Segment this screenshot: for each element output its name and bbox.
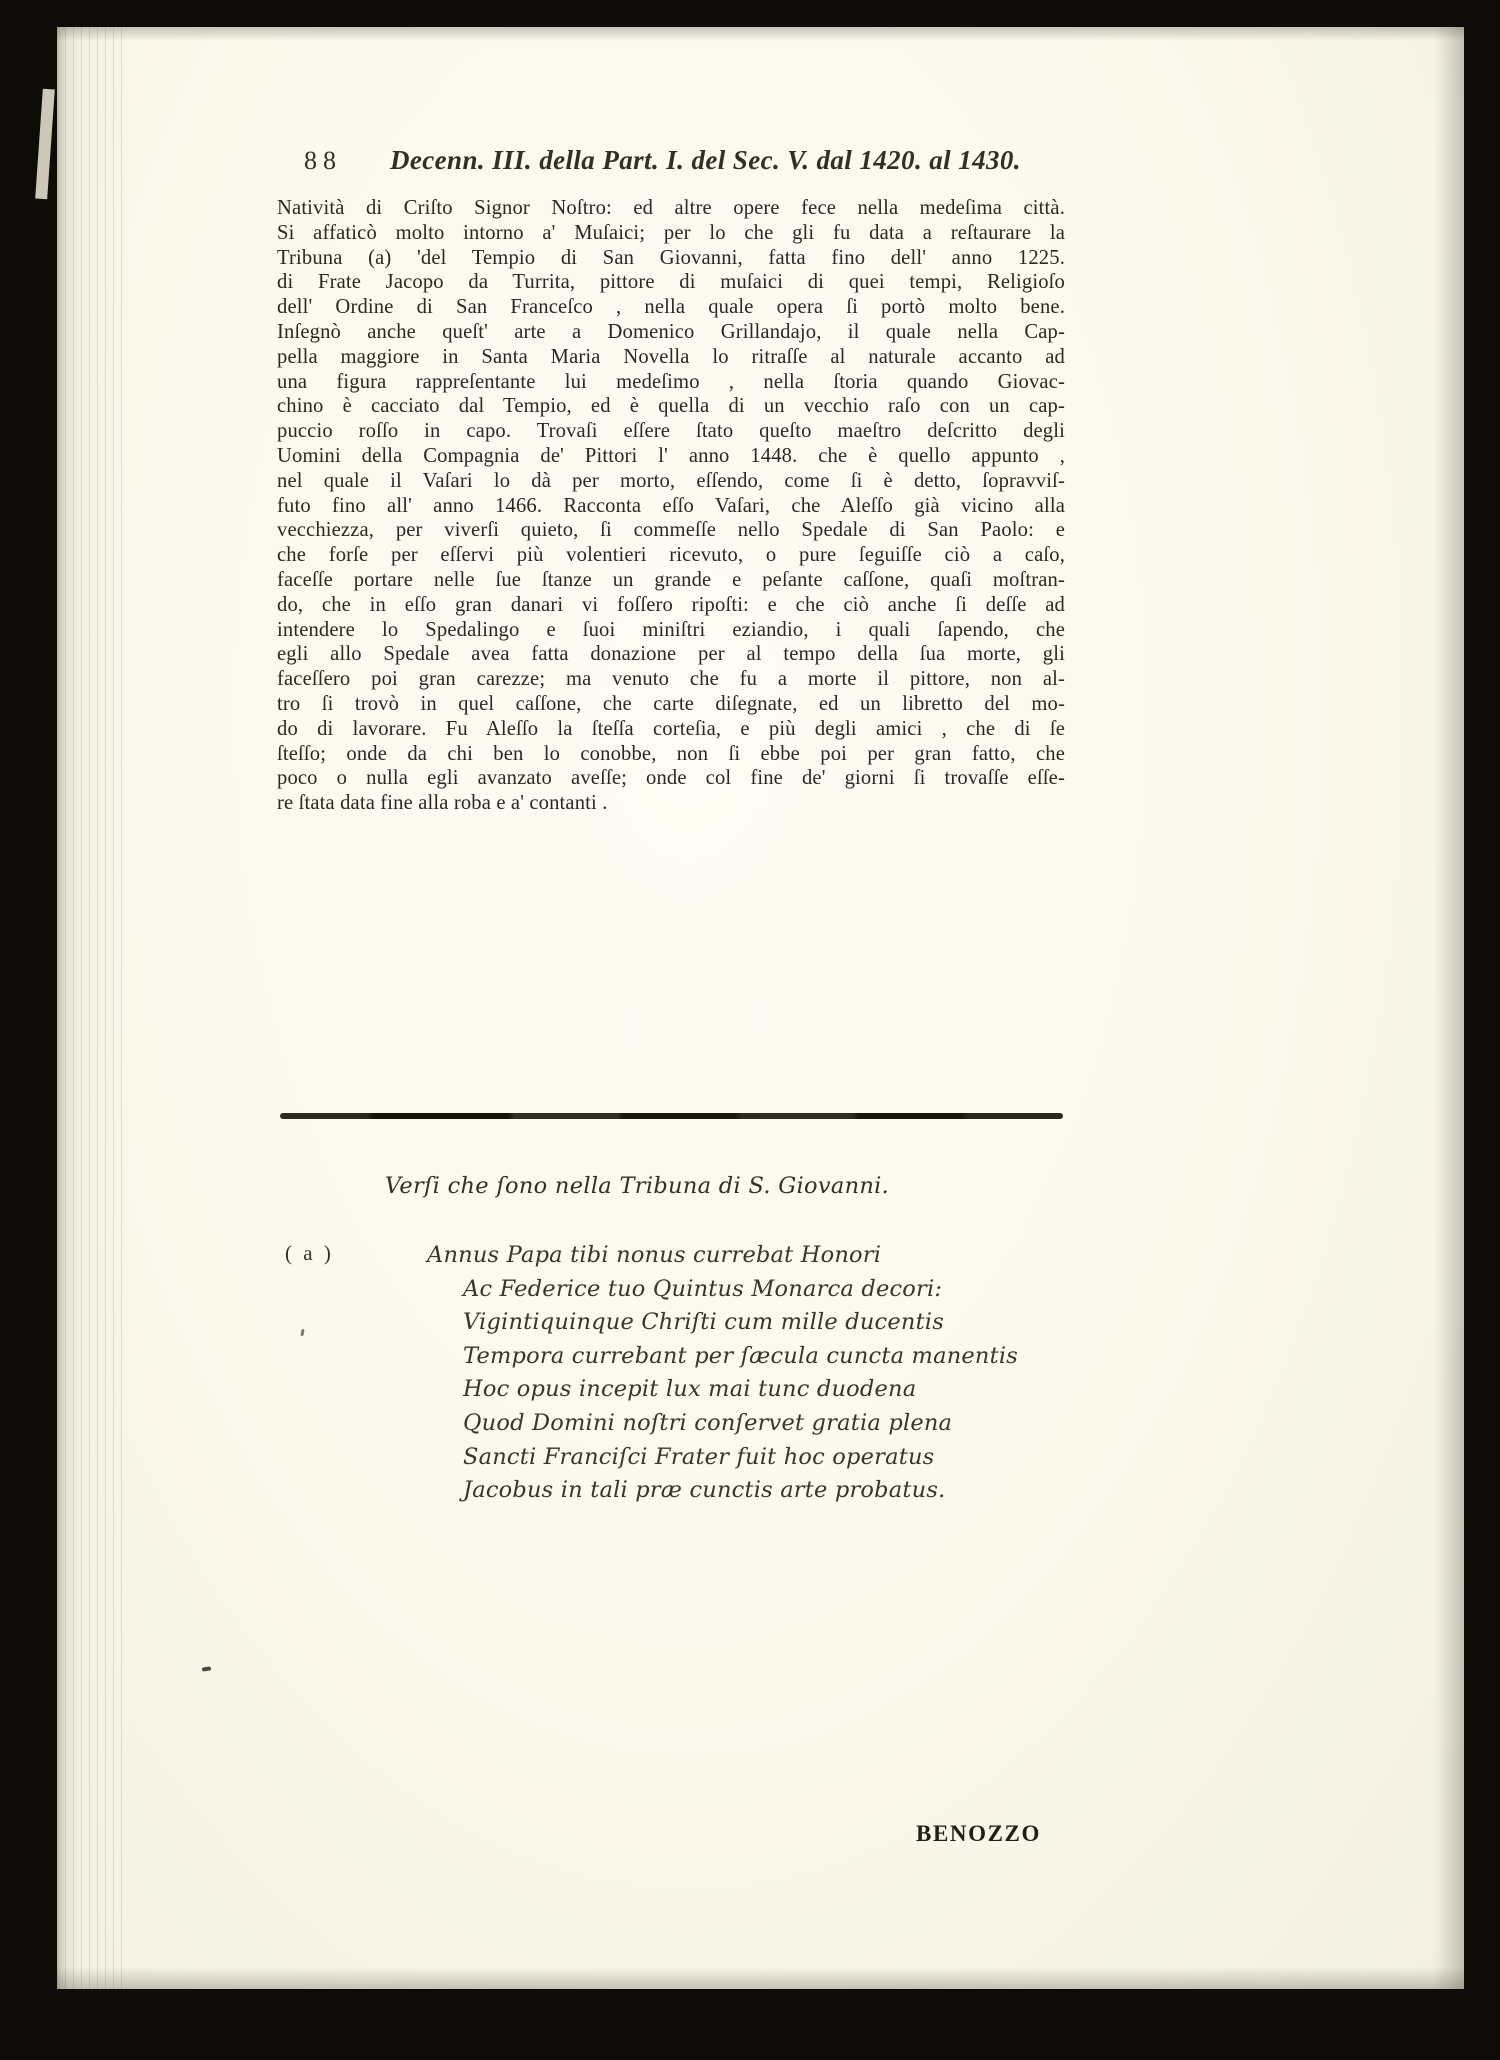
- body-text-line: pella maggiore in Santa Maria Novella lo…: [277, 345, 1065, 370]
- verse-line: Tempora currebant per ſæcula cuncta mane…: [463, 1340, 1063, 1374]
- body-text-line: una figura rappreſentante lui medeſimo ,…: [277, 370, 1065, 395]
- page-edge-shadow-right: [1434, 27, 1464, 1989]
- body-text-line: do di lavorare. Fu Aleſſo la ſteſſa cort…: [277, 717, 1065, 742]
- body-text-line: do, che in eſſo gran danari vi foſſero r…: [277, 593, 1065, 618]
- page-content: 88 Decenn. III. della Part. I. del Sec. …: [277, 27, 1065, 1989]
- body-text-line: puccio roſſo in capo. Trovaſi eſſere ſta…: [277, 419, 1065, 444]
- verse-line: Annus Papa tibi nonus currebat Honori: [427, 1239, 1063, 1273]
- running-header-title: Decenn. III. della Part. I. del Sec. V. …: [390, 145, 1021, 176]
- book-page: 88 Decenn. III. della Part. I. del Sec. …: [57, 27, 1464, 1989]
- body-text-line: vecchiezza, per viverſi quieto, ſi comme…: [277, 518, 1065, 543]
- footnote-heading: Verſi che ſono nella Tribuna di S. Giova…: [277, 1173, 997, 1199]
- body-text-line: Si affaticò molto intorno a' Muſaici; pe…: [277, 221, 1065, 246]
- page-number: 88: [304, 146, 342, 176]
- page-corner-sliver: [35, 89, 55, 200]
- body-text-line: poco o nulla egli avanzato aveſſe; onde …: [277, 766, 1065, 791]
- body-text-line: che forſe per eſſervi più volentieri ric…: [277, 543, 1065, 568]
- verse-line: Hoc opus incepit lux mai tunc duodena: [463, 1373, 1063, 1407]
- body-text-line: ſteſſo; onde da chi ben lo conobbe, non …: [277, 742, 1065, 767]
- body-text-line: dell' Ordine di San Franceſco , nella qu…: [277, 295, 1065, 320]
- body-text-line: Natività di Criſto Signor Noſtro: ed alt…: [277, 196, 1065, 221]
- verse-line: Vigintiquinque Chriſti cum mille ducenti…: [463, 1306, 1063, 1340]
- body-text-line: di Frate Jacopo da Turrita, pittore di m…: [277, 270, 1065, 295]
- body-text-line: re ſtata data fine alla roba e a' contan…: [277, 791, 1065, 816]
- body-text-line: Uomini della Compagnia de' Pittori l' an…: [277, 444, 1065, 469]
- running-header: 88 Decenn. III. della Part. I. del Sec. …: [277, 145, 1065, 176]
- section-divider: [280, 1113, 1063, 1119]
- verse-line: Ac Federice tuo Quintus Monarca decori:: [463, 1273, 1063, 1307]
- body-text-line: faceſſero poi gran carezze; ma venuto ch…: [277, 667, 1065, 692]
- body-text-line: chino è cacciato dal Tempio, ed è quella…: [277, 394, 1065, 419]
- body-text: Natività di Criſto Signor Noſtro: ed alt…: [277, 196, 1065, 816]
- body-text-line: futo fino all' anno 1466. Racconta eſſo …: [277, 494, 1065, 519]
- catchword: BENOZZO: [916, 1821, 1041, 1847]
- body-text-line: Tribuna (a) 'del Tempio di San Giovanni,…: [277, 246, 1065, 271]
- body-text-line: Inſegnò anche queſt' arte a Domenico Gri…: [277, 320, 1065, 345]
- body-text-line: nel quale il Vaſari lo dà per morto, eſſ…: [277, 469, 1065, 494]
- body-text-line: intendere lo Spedalingo e ſuoi miniſtri …: [277, 618, 1065, 643]
- verse-line: Sancti Franciſci Frater fuit hoc operatu…: [463, 1441, 1063, 1475]
- ink-speck: [202, 1666, 211, 1671]
- verse-line: Quod Domini noſtri conſervet gratia plen…: [463, 1407, 1063, 1441]
- scan-canvas: { "scan": { "page_number": "88", "runnin…: [0, 0, 1500, 2060]
- body-text-line: tro ſi trovò in quel caſſone, che carte …: [277, 692, 1065, 717]
- ink-speck: [300, 1329, 304, 1336]
- body-text-line: faceſſe portare nelle ſue ſtanze un gran…: [277, 568, 1065, 593]
- verse-line: Jacobus in tali præ cunctis arte probatu…: [463, 1474, 1063, 1508]
- body-text-line: egli allo Spedale avea fatta donazione p…: [277, 642, 1065, 667]
- footnote-marker: ( a ): [285, 1241, 334, 1266]
- page-gutter-edges: [57, 27, 129, 1989]
- verse-block: Annus Papa tibi nonus currebat HonoriAc …: [463, 1239, 1063, 1508]
